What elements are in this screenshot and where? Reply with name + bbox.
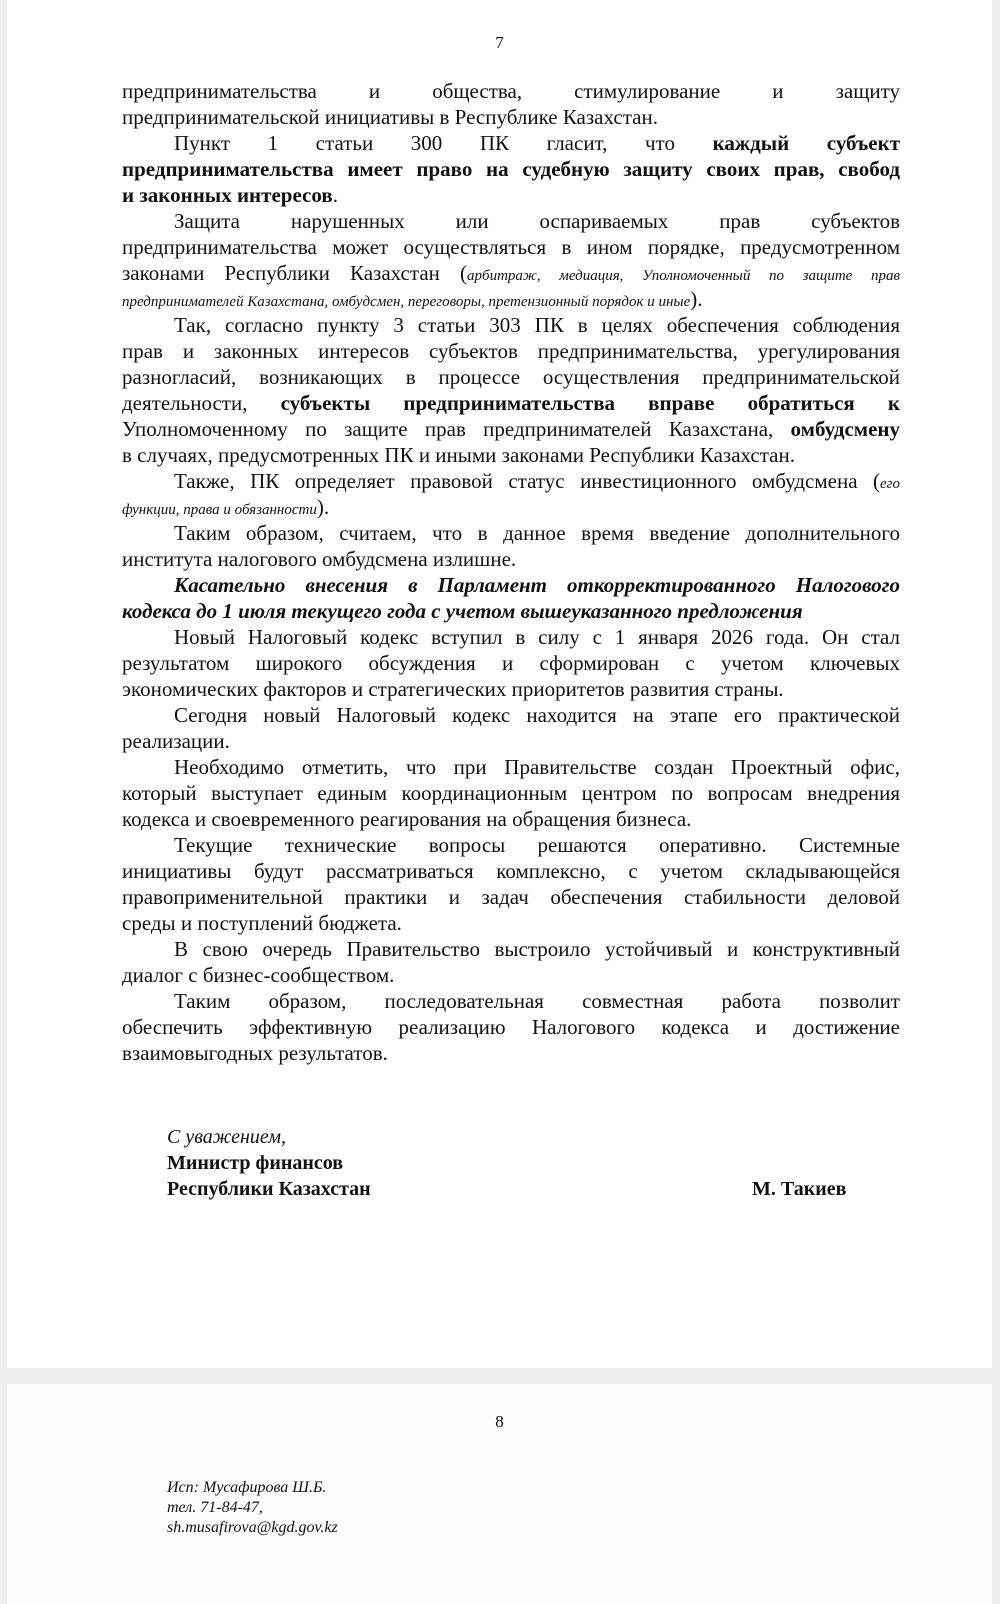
paragraph-line: обеспечить эффективную реализацию Налого…	[122, 1014, 900, 1040]
paragraph-line: института налогового омбудсмена излишне.	[122, 546, 900, 572]
paragraph-line: Текущие технические вопросы решаются опе…	[122, 832, 900, 858]
document-page-8: 8 Исп: Мусафирова Ш.Б. тел. 71-84-47, sh…	[7, 1384, 992, 1604]
executor-phone: тел. 71-84-47,	[167, 1498, 263, 1518]
signatory-title: Республики Казахстан	[167, 1177, 371, 1202]
note-text: предпринимателей Казахстана, омбудсмен, …	[122, 294, 690, 310]
page-number: 7	[7, 33, 992, 53]
paragraph-line: результатом широкого обсуждения и сформи…	[122, 650, 900, 676]
emphasis-text: каждый субъект	[713, 131, 900, 155]
paragraph-line: экономических факторов и стратегических …	[122, 676, 900, 702]
paragraph-line: который выступает единым координационным…	[122, 780, 900, 806]
paragraph-line: предпринимательства имеет право на судеб…	[122, 156, 900, 182]
section-heading: Касательно внесения в Парламент откоррек…	[122, 572, 900, 598]
paragraph-line: предпринимательства может осуществляться…	[122, 234, 900, 260]
paragraph-line: деятельности, субъекты предпринимательст…	[122, 390, 900, 416]
paragraph-line: кодекса и своевременного реагирования на…	[122, 806, 900, 832]
paragraph-line: правоприменительной практики и задач обе…	[122, 884, 900, 910]
paragraph-line: диалог с бизнес-сообществом.	[122, 962, 900, 988]
paragraph-line: Новый Налоговый кодекс вступил в силу с …	[122, 624, 900, 650]
closing-text: С уважением,	[167, 1125, 286, 1150]
paragraph-line: Необходимо отметить, что при Правительст…	[122, 754, 900, 780]
page-body: предпринимательства и общества, стимулир…	[122, 78, 900, 1066]
paragraph-line: в случаях, предусмотренных ПК и иными за…	[122, 442, 900, 468]
document-page-7: 7 предпринимательства и общества, стимул…	[7, 0, 992, 1368]
paragraph-line: Так, согласно пункту 3 статьи 303 ПК в ц…	[122, 312, 900, 338]
paragraph-line: предпринимательства и общества, стимулир…	[122, 78, 900, 104]
note-text: функции, права и обязанности	[122, 502, 317, 518]
paragraph-line: В свою очередь Правительство выстроило у…	[122, 936, 900, 962]
paragraph-line: Также, ПК определяет правовой статус инв…	[122, 468, 900, 494]
emphasis-text: субъекты предпринимательства вправе обра…	[281, 391, 900, 415]
signatory-name: М. Такиев	[752, 1177, 846, 1202]
paragraph-line: Таким образом, считаем, что в данное вре…	[122, 520, 900, 546]
paragraph-line: Сегодня новый Налоговый кодекс находится…	[122, 702, 900, 728]
paragraph-line: среды и поступлений бюджета.	[122, 910, 900, 936]
paragraph-line: реализации.	[122, 728, 900, 754]
paragraph-line: Таким образом, последовательная совместн…	[122, 988, 900, 1014]
paragraph-line: функции, права и обязанности).	[122, 494, 900, 520]
paragraph-line: инициативы будут рассматриваться комплек…	[122, 858, 900, 884]
paragraph-line: разногласий, возникающих в процессе осущ…	[122, 364, 900, 390]
paragraph-line: Уполномоченному по защите прав предприни…	[122, 416, 900, 442]
paragraph-line: Пункт 1 статьи 300 ПК гласит, что каждый…	[122, 130, 900, 156]
paragraph-line: законами Республики Казахстан (арбитраж,…	[122, 260, 900, 286]
page-number: 8	[7, 1412, 992, 1432]
executor-email: sh.musafirova@kgd.gov.kz	[167, 1518, 338, 1538]
paragraph-line: прав и законных интересов субъектов пред…	[122, 338, 900, 364]
paragraph-line: Защита нарушенных или оспариваемых прав …	[122, 208, 900, 234]
emphasis-text: омбудсмену	[791, 417, 900, 441]
section-heading: кодекса до 1 июля текущего года с учетом…	[122, 598, 900, 624]
paragraph-line: предпринимателей Казахстана, омбудсмен, …	[122, 286, 900, 312]
note-text: арбитраж, медиация, Уполномоченный по за…	[467, 268, 900, 284]
paragraph-line: и законных интересов.	[122, 182, 900, 208]
signatory-title: Министр финансов	[167, 1151, 343, 1176]
paragraph-line: взаимовыгодных результатов.	[122, 1040, 900, 1066]
paragraph-line: предпринимательской инициативы в Республ…	[122, 104, 900, 130]
executor-name: Исп: Мусафирова Ш.Б.	[167, 1478, 326, 1498]
